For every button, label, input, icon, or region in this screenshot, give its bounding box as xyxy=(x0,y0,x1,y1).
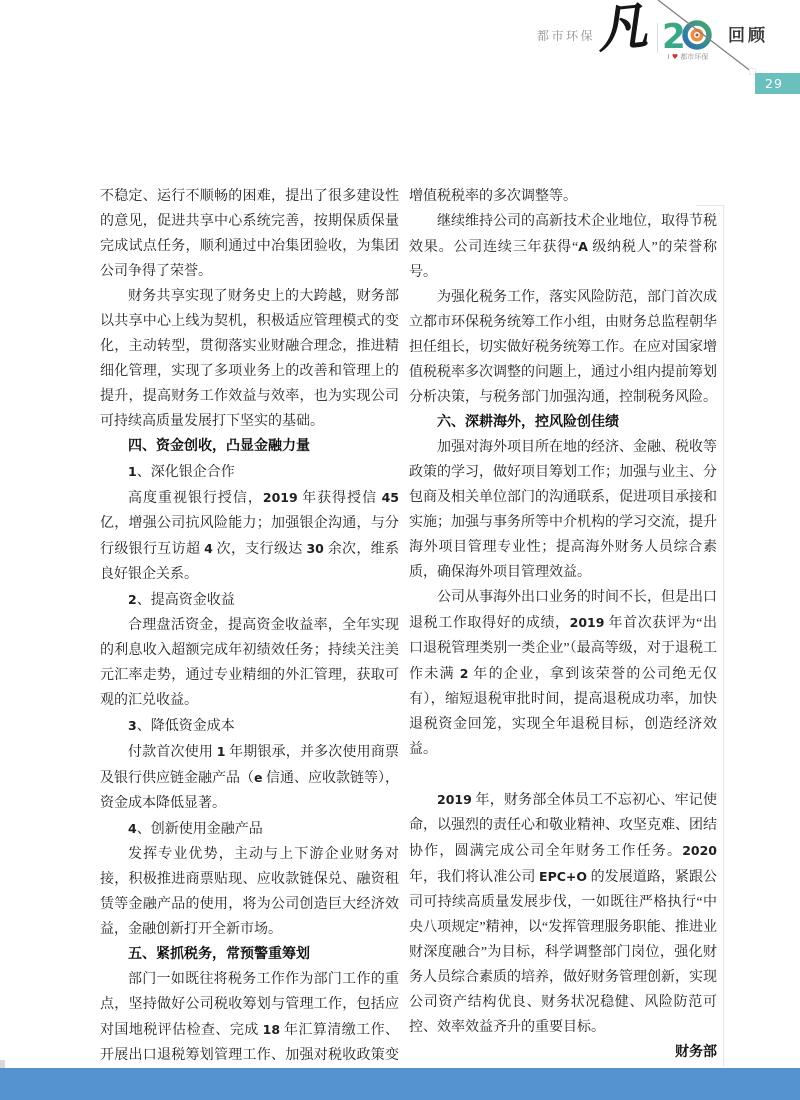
paragraph: 继续维持公司的高新技术企业地位，取得节税效果。公司连续三年获得“A 级纳税人”的… xyxy=(409,209,717,285)
list-item-heading: 4、创新使用金融产品 xyxy=(100,816,399,842)
header-divider xyxy=(657,23,658,53)
frame-rule-vertical xyxy=(723,205,724,1066)
tagline-i: I xyxy=(668,53,670,61)
list-item-heading: 3、降低资金成本 xyxy=(100,713,399,739)
anniversary-tagline: I ♥ 都市环保 xyxy=(660,53,716,61)
paragraph: 财务共享实现了财务史上的大跨越，财务部以共享中心上线为契机，积极适应管理模式的变… xyxy=(100,284,399,434)
calligraphy-glyph: 凡 xyxy=(594,0,650,58)
paragraph: 发挥专业优势，主动与上下游企业财务对接，积极推进商票贴现、应收款链保兑、融资租赁… xyxy=(100,842,399,942)
page-number: 29 xyxy=(765,76,783,91)
tagline-brand: 都市环保 xyxy=(680,53,708,61)
article-column-left: 不稳定、运行不顺畅的困难，提出了很多建设性的意见，促进共享中心系统完善，按期保质… xyxy=(100,184,399,1093)
section-heading: 五、紧抓税务，常预警重筹划 xyxy=(100,942,399,967)
section-heading: 六、深耕海外，控风险创佳绩 xyxy=(409,410,717,435)
signature: 财务部 xyxy=(409,1040,717,1065)
section-label: 回顾 xyxy=(728,21,768,46)
paragraph: 付款首次使用 1 年期银承，并多次使用商票及银行供应链金融产品（e 信通、应收款… xyxy=(100,739,399,816)
list-item-heading: 1、深化银企合作 xyxy=(100,459,399,485)
magazine-page: 都市环保 凡 2 I ♥ 都市环保 回顾 29 不稳定、 xyxy=(0,0,800,1100)
logo-core-dot-icon xyxy=(696,34,699,37)
paragraph: 高度重视银行授信，2019 年获得授信 45 亿，增强公司抗风险能力；加强银企沟… xyxy=(100,485,399,587)
section-heading: 四、资金创收，凸显金融力量 xyxy=(100,434,399,459)
frame-tick-bottom-left xyxy=(0,1060,5,1068)
paragraph-gap xyxy=(409,762,717,787)
paragraph-continued: 增值税税率的多次调整等。 xyxy=(409,184,717,209)
paragraph: 为强化税务工作，落实风险防范，部门首次成立都市环保税务统筹工作小组，由财务总监程… xyxy=(409,285,717,410)
heart-icon: ♥ xyxy=(672,53,678,61)
footer-bar xyxy=(0,1068,800,1100)
article-column-right: 增值税税率的多次调整等。继续维持公司的高新技术企业地位，取得节税效果。公司连续三… xyxy=(409,184,717,1065)
page-number-tab: 29 xyxy=(755,73,800,94)
paragraph: 公司从事海外出口业务的时间不长，但是出口退税工作取得好的成绩，2019 年首次获… xyxy=(409,585,717,762)
paragraph-continued: 不稳定、运行不顺畅的困难，提出了很多建设性的意见，促进共享中心系统完善，按期保质… xyxy=(100,184,399,284)
paragraph: 加强对海外项目所在地的经济、金融、税收等政策的学习，做好项目筹划工作；加强与业主… xyxy=(409,435,717,585)
list-item-heading: 2、提高资金收益 xyxy=(100,587,399,613)
brand-text: 都市环保 xyxy=(537,27,595,44)
anniversary-20-logo-icon: 2 xyxy=(663,17,713,53)
paragraph: 合理盘活资金，提高资金收益率，全年实现的利息收入超额完成年初绩效任务；持续关注美… xyxy=(100,613,399,713)
paragraph: 2019 年，财务部全体员工不忘初心、牢记使命，以强烈的责任心和敬业精神、攻坚克… xyxy=(409,787,717,1040)
